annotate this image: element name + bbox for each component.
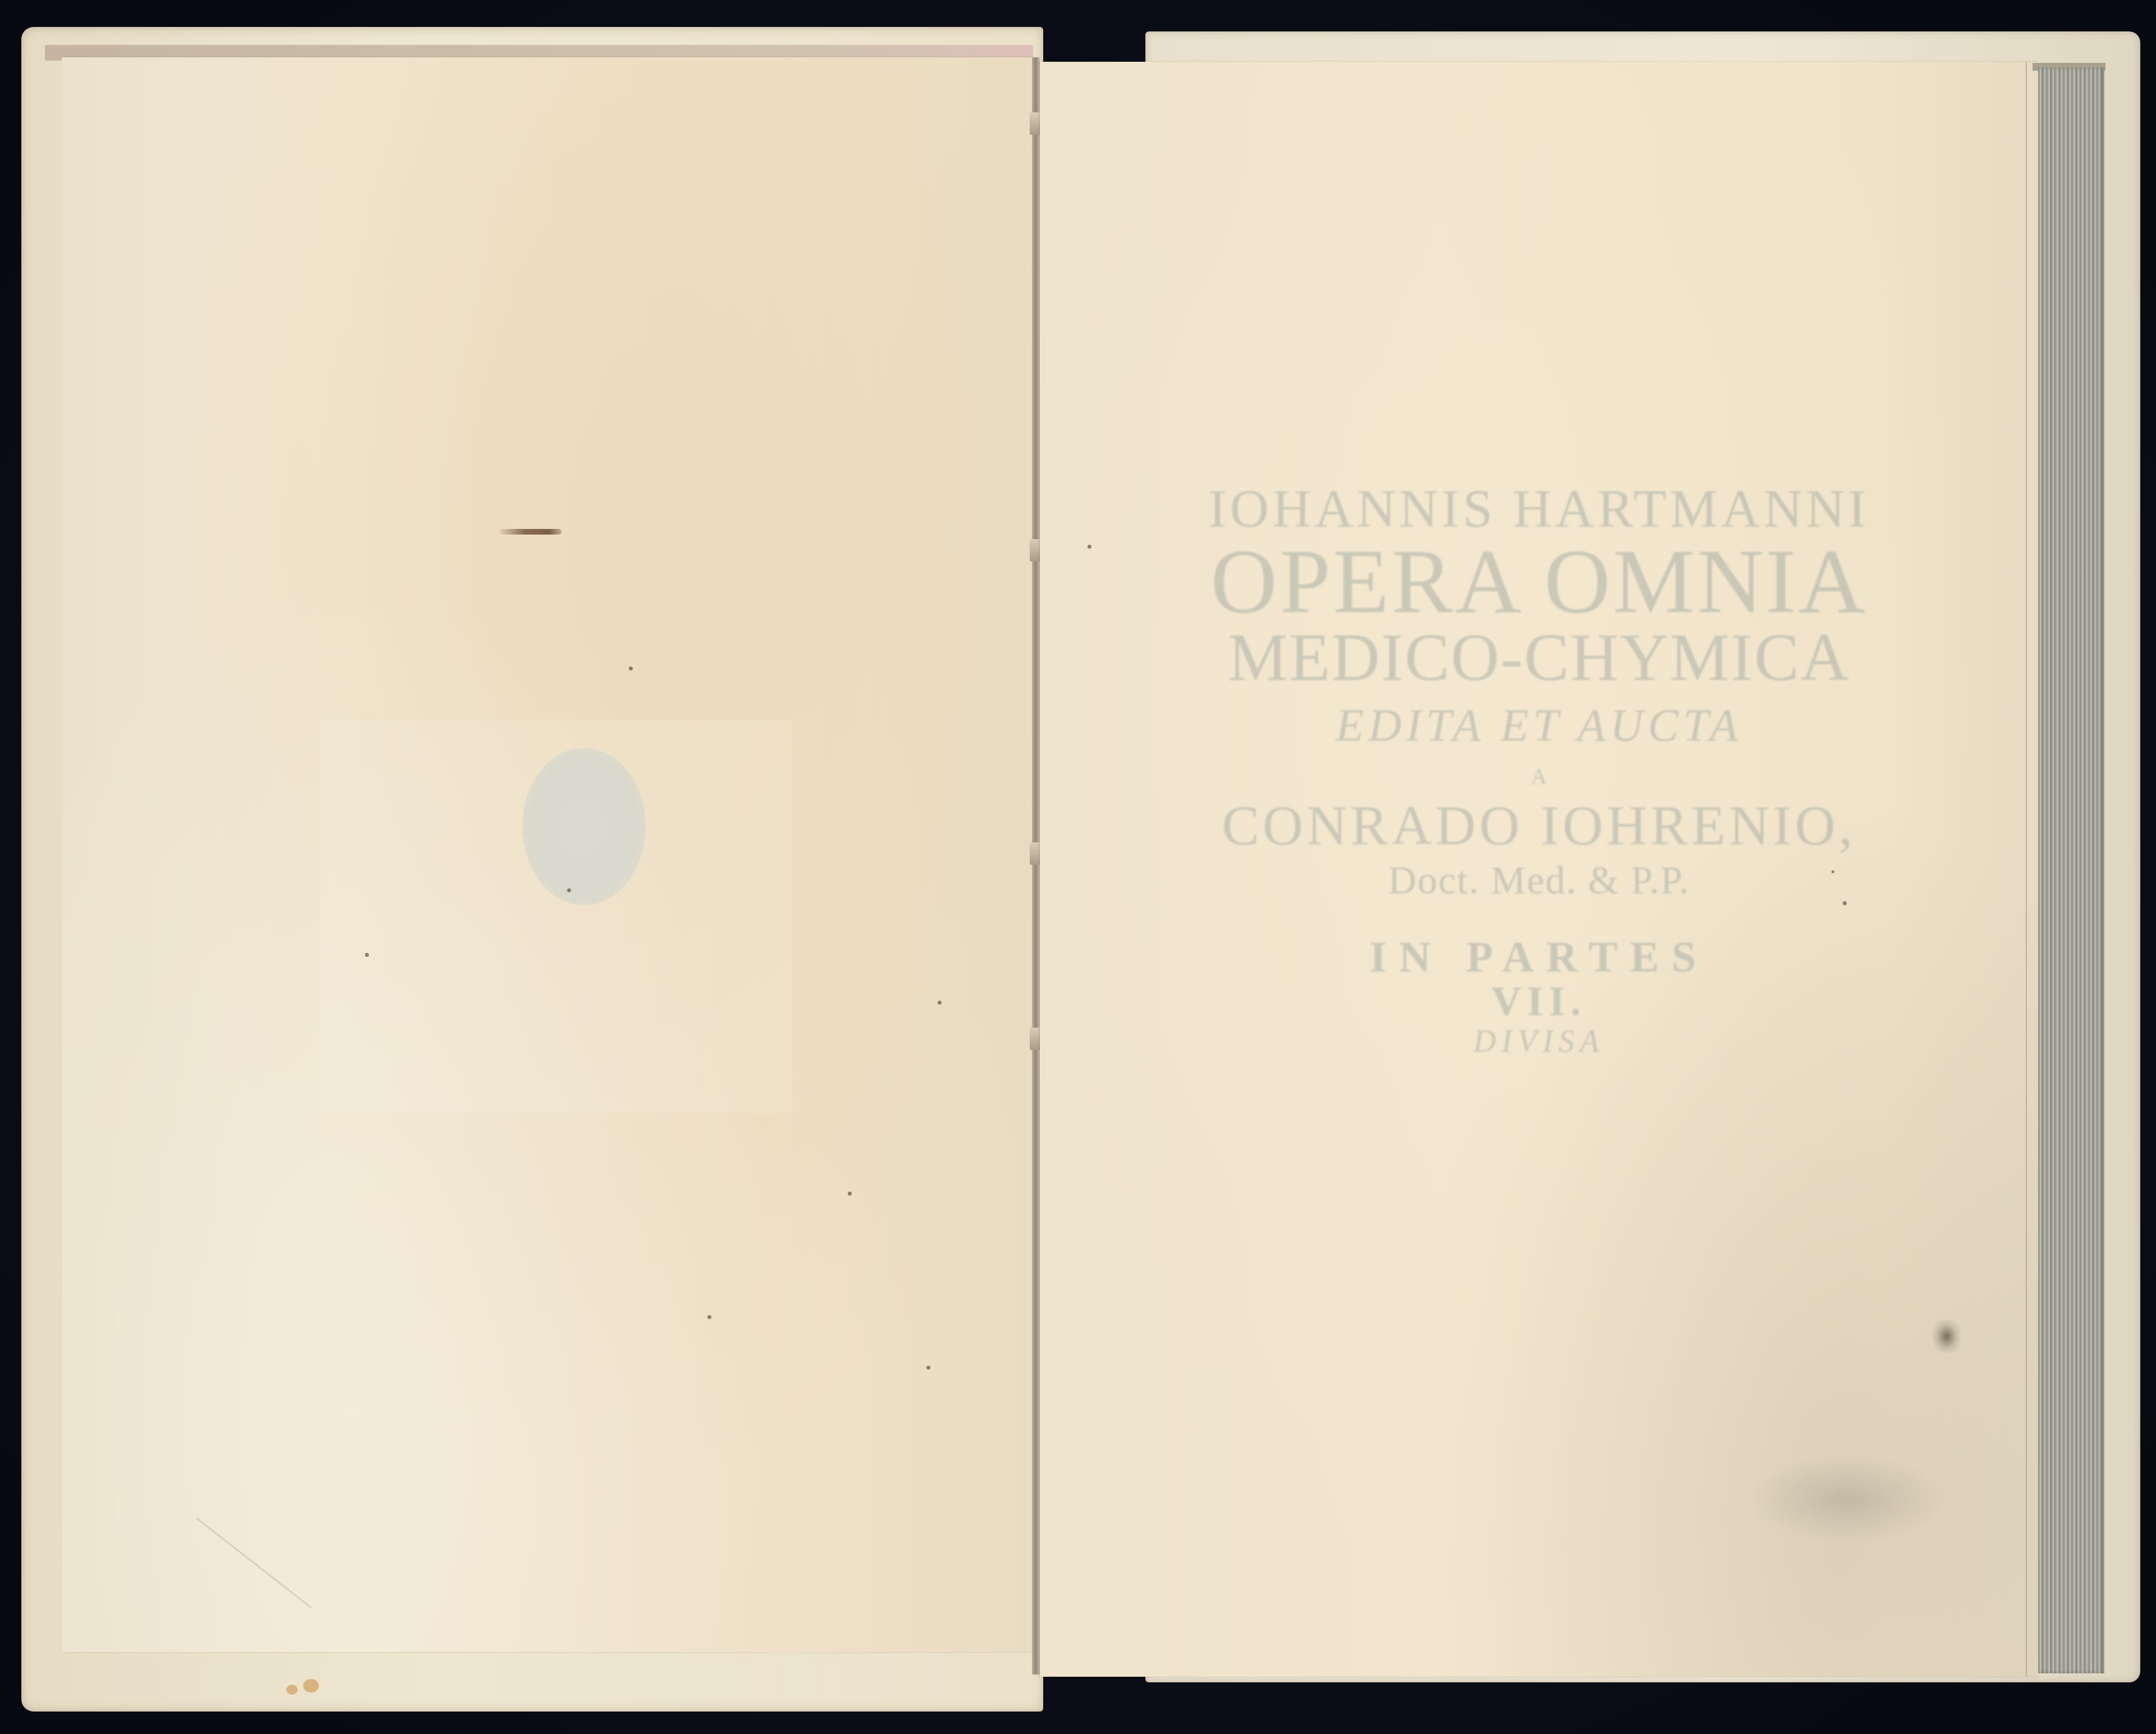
editor-line: CONRADO IOHRENIO, xyxy=(1040,793,2038,857)
foxing-speck xyxy=(365,953,369,957)
page-crease xyxy=(196,1517,312,1608)
foxing-speck xyxy=(848,1192,852,1195)
binding-stitch xyxy=(1030,112,1041,135)
edited-line: EDITA ET AUCTA xyxy=(1040,699,2038,752)
book-gutter xyxy=(1032,57,1040,1674)
binding-stitch xyxy=(1030,539,1041,562)
text-block-fore-edge xyxy=(2038,67,2104,1673)
preposition-line: A xyxy=(1040,763,2038,790)
divided-line: DIVISA xyxy=(1040,1024,2038,1060)
ink-smudge xyxy=(1933,1320,1961,1353)
left-flyleaf-page xyxy=(62,57,1033,1652)
subtitle: MEDICO-CHYMICA xyxy=(1040,624,2038,691)
foxing-speck xyxy=(629,667,633,670)
rust-stain xyxy=(286,1685,298,1695)
binding-stitch xyxy=(1030,1028,1041,1050)
binding-stitch xyxy=(1030,842,1041,865)
foxing-speck xyxy=(567,888,571,892)
parts-label: IN PARTES xyxy=(1040,932,2038,982)
grey-smudge xyxy=(1747,1454,1949,1544)
rust-stain xyxy=(303,1679,319,1692)
editor-degree: Doct. Med. & P.P. xyxy=(1040,859,2038,903)
book-spread-photo: IOHANNIS HARTMANNI OPERA OMNIA MEDICO-CH… xyxy=(0,0,2156,1734)
main-title: OPERA OMNIA xyxy=(1040,540,2038,624)
foxing-speck xyxy=(707,1315,711,1319)
title-page-text: IOHANNIS HARTMANNI OPERA OMNIA MEDICO-CH… xyxy=(1040,449,2038,1060)
parts-number: VII. xyxy=(1040,982,2038,1021)
foxing-speck xyxy=(926,1366,930,1370)
foxing-speck xyxy=(938,1001,942,1005)
ink-stroke-stain xyxy=(500,529,561,535)
oval-watermark-icon xyxy=(522,748,646,905)
